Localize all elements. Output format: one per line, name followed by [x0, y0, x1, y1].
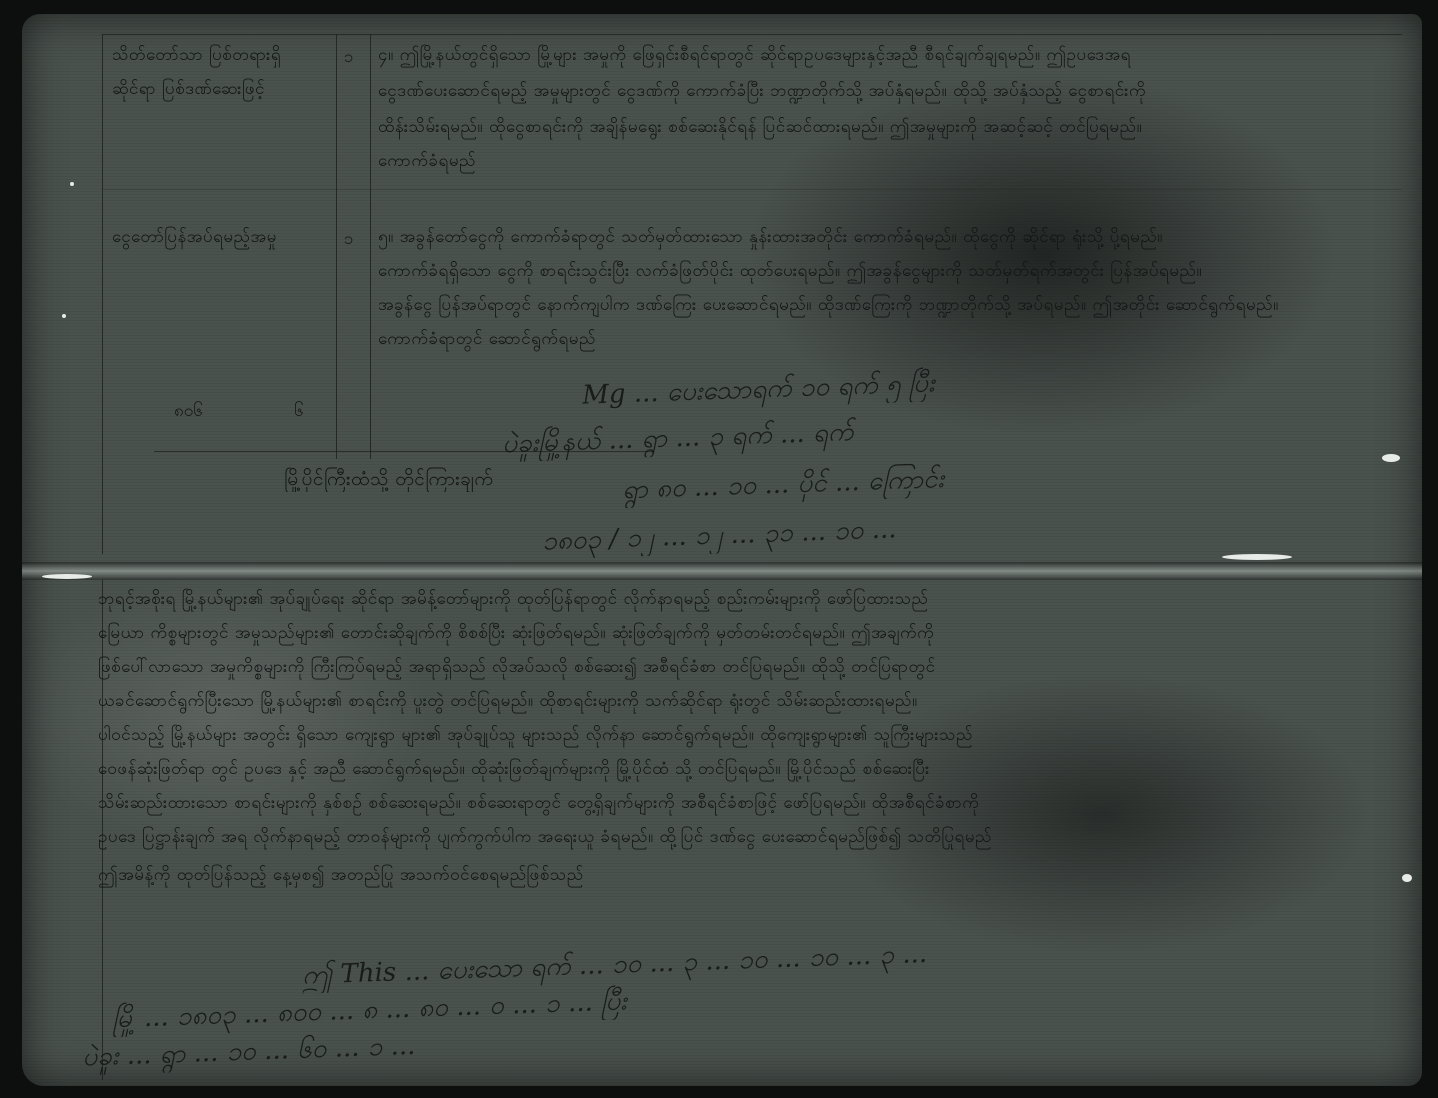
lower-body-line3: ဖြစ်ပေါ်လာသော အမှုကိစ္စများကို ကြီးကြပ်ရ…	[98, 654, 1408, 680]
row2-body-line1: ၅။ အခွန်တော်ငွေကို ကောက်ခံရာတွင် သတ်မှတ်…	[378, 224, 1408, 250]
column-divider-1	[102, 34, 103, 554]
document-sheet: သိတ်တော်သာ ပြစ်တရားရှိ ဆိုင်ရာ ပြစ်ဒဏ်ဆေ…	[22, 14, 1422, 1086]
paper-damage-speck	[1222, 554, 1292, 560]
row2-heading: ငွေတော်ပြန်အပ်ရမည့်အမှု	[112, 224, 332, 250]
lower-body-line7: သိမ်းဆည်းထားသော စာရင်းများကို နှစ်စဉ် စစ…	[98, 790, 1408, 816]
paper-damage-speck	[42, 574, 92, 579]
page-fold	[22, 562, 1422, 580]
page-number: ၈၀၆	[174, 400, 203, 425]
paper-damage-speck	[62, 314, 66, 318]
lower-body-line1: ဘုရင့်အစိုးရ မြို့နယ်များ၏ အုပ်ချုပ်ရေး …	[98, 586, 1408, 612]
paper-damage-speck	[70, 182, 74, 186]
lower-body-line9: ဤအမိန့်ကို ထုတ်ပြန်သည့် နေ့မှစ၍ အတည်ပြု …	[98, 862, 818, 888]
paper-damage-speck	[1382, 454, 1400, 462]
row1-body-line3: ထိန်းသိမ်းရမည်။ ထိုငွေစာရင်းကို အချိန်မရ…	[378, 114, 1408, 140]
lower-body-line2: မြေယာ ကိစ္စများတွင် အမှုသည်များ၏ တောင်းဆ…	[98, 620, 1408, 646]
lower-body-line8: ဥပဒေ ပြဋ္ဌာန်းချက် အရ လိုက်နာရမည့် တာဝန်…	[98, 824, 1408, 850]
row2-body-line2: ကောက်ခံရရှိသော ငွေကို စာရင်းသွင်းပြီး လက…	[378, 258, 1408, 284]
column-divider-2	[336, 34, 337, 459]
centered-heading: မြို့ပိုင်ကြီးထံသို့ တိုင်ကြားချက်	[284, 466, 664, 492]
top-border	[102, 34, 1402, 35]
paper-damage-speck	[1402, 874, 1412, 882]
lower-body-line4: ယခင်ဆောင်ရွက်ပြီးသော မြို့နယ်များ၏ စာရင်…	[98, 688, 1408, 714]
lower-body-line6: ဝေဖန်ဆုံးဖြတ်ရာ တွင် ဥပဒေ နှင့် အညီ ဆောင…	[98, 756, 1408, 782]
page-mark: ၆	[294, 400, 304, 425]
row2-body-line4: ကောက်ခံရာတွင် ဆောင်ရွက်ရမည်	[378, 326, 618, 352]
row1-body-line4: ကောက်ခံရမည်	[378, 148, 578, 174]
row-divider	[102, 189, 1402, 190]
row2-body-line3: အခွန်ငွေ ပြန်အပ်ရာတွင် နောက်ကျပါက ဒဏ်ကြေ…	[378, 292, 1408, 318]
row1-heading-line1: သိတ်တော်သာ ပြစ်တရားရှိ	[112, 42, 332, 68]
column-divider-3	[370, 34, 371, 459]
row1-body-line2: ငွေဒဏ်ပေးဆောင်ရမည့် အမှုများတွင် ငွေဒဏ်က…	[378, 78, 1408, 104]
row1-heading-line2: ဆိုင်ရာ ပြစ်ဒဏ်ဆေးဖြင့်	[112, 76, 332, 102]
row1-index: ၁	[344, 46, 354, 71]
row2-index: ၁	[344, 228, 354, 253]
row1-body-line1: ၄။ ဤမြို့နယ်တွင်ရှိသော မြို့များ အမှုကို…	[378, 42, 1408, 68]
lower-body-line5: ပါဝင်သည့် မြို့နယ်များ အတွင်း ရှိသော ကျေ…	[98, 722, 1408, 748]
